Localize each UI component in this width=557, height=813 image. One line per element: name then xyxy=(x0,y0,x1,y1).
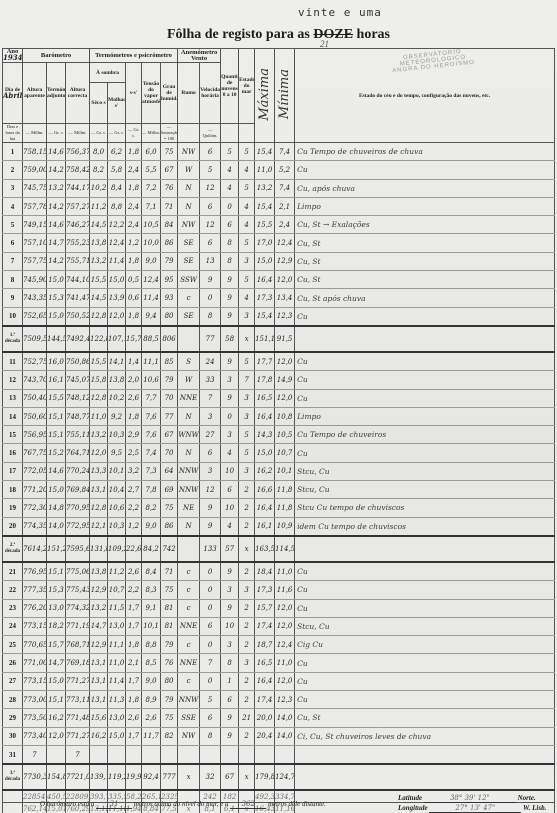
cell-mn: 13,4 xyxy=(275,289,295,307)
cell-t: 15,1 xyxy=(47,691,66,709)
cell-d: 1,7 xyxy=(126,599,142,617)
cell-s: 12,9 xyxy=(90,581,108,599)
cell-mn: 12,9 xyxy=(275,252,295,270)
sky-description xyxy=(295,536,555,562)
cell-cl: 4 xyxy=(221,517,239,536)
cell-mx: 11,0 xyxy=(255,161,275,179)
cell-dir: NNE xyxy=(178,617,200,635)
cell-dir: NW xyxy=(178,216,200,234)
sky-description: Cu xyxy=(295,672,555,690)
cell-h: 777,35 xyxy=(23,581,47,599)
cell-u: 95 xyxy=(161,271,178,289)
cell-dir: NNE xyxy=(178,389,200,407)
cell-d: 2,2 xyxy=(126,499,142,517)
decade-label: 2.ª década xyxy=(3,536,23,562)
cell-cl: 9 xyxy=(221,562,239,581)
cell-sea: 3 xyxy=(239,581,255,599)
cell-mx: 16,4 xyxy=(255,407,275,425)
cell-t: 14,0 xyxy=(47,517,66,536)
cell-u: 79 xyxy=(161,252,178,270)
day-number: 10 xyxy=(3,307,23,326)
cell-c: 771,19 xyxy=(66,617,90,635)
cell-h: 750,60 xyxy=(23,407,47,425)
cell-mx: 16,2 xyxy=(255,462,275,480)
cell-s: 11,0 xyxy=(90,407,108,425)
thermometer-header: Termómetros e psicrómetro xyxy=(90,49,178,63)
cell-h: 7730,35 xyxy=(23,764,47,790)
table-row: 23776,2013,0774,3213,211,51,79,181c09215… xyxy=(3,599,555,617)
sky-description: Cu xyxy=(295,691,555,709)
cell-cl: 8 xyxy=(221,234,239,252)
cell-d: 1,7 xyxy=(126,617,142,635)
sky-description: Cu xyxy=(295,389,555,407)
cell-t xyxy=(47,745,66,764)
cell-dir: SSW xyxy=(178,271,200,289)
cell-s: 139,1 xyxy=(90,764,108,790)
cell-cl: 9 xyxy=(221,709,239,727)
cell-mx: 17,3 xyxy=(255,581,275,599)
cell-w: 8,4 xyxy=(108,179,126,197)
cell-c: 774,32 xyxy=(66,599,90,617)
cell-u: 75 xyxy=(161,709,178,727)
cell-t: 15,0 xyxy=(47,481,66,499)
cell-mx: 15,7 xyxy=(255,599,275,617)
cell-mx: 15,4 xyxy=(255,197,275,215)
sky-description: Cu, St após chuva xyxy=(295,289,555,307)
cell-dir: N xyxy=(178,517,200,536)
day-number: 30 xyxy=(3,727,23,745)
unit-cell: — Saturação = 100 xyxy=(161,124,178,143)
cell-dir: NW xyxy=(178,143,200,161)
cell-c: 7721,08 xyxy=(66,764,90,790)
cell-h: 7614,20 xyxy=(23,536,47,562)
cell-mx: 16,4 xyxy=(255,499,275,517)
cell-sea: 5 xyxy=(239,352,255,371)
cell-sp: 7 xyxy=(200,389,221,407)
cell-s: 10,2 xyxy=(90,179,108,197)
cell-d: 0,5 xyxy=(126,271,142,289)
cell-d: 2,9 xyxy=(126,426,142,444)
cell-mx: 20,4 xyxy=(255,727,275,745)
cell-c: 744,17 xyxy=(66,179,90,197)
sky-description: Cu, após chuva xyxy=(295,179,555,197)
cell-w: 13,9 xyxy=(108,289,126,307)
cell-u: 67 xyxy=(161,161,178,179)
table-row: 3745,7513,2744,1710,28,41,87,276N124513,… xyxy=(3,179,555,197)
day-number: 26 xyxy=(3,654,23,672)
cell-mn: 11,0 xyxy=(275,654,295,672)
cell-t: 15,1 xyxy=(47,426,66,444)
cell-c: 744,10 xyxy=(66,271,90,289)
cell-d: 2,2 xyxy=(126,581,142,599)
cell-sea: x xyxy=(239,326,255,352)
cell-u: 67 xyxy=(161,426,178,444)
cell-v: 11,7 xyxy=(142,727,161,745)
cell-cl: 9 xyxy=(221,307,239,326)
cell-c: 758,42 xyxy=(66,161,90,179)
decade-label: 3.ª década xyxy=(3,764,23,790)
cell-t: 151,2 xyxy=(47,536,66,562)
cell-h: 771,20 xyxy=(23,481,47,499)
cell-dir: N xyxy=(178,407,200,425)
cell-w: 109,2 xyxy=(108,536,126,562)
cell-v: 8,9 xyxy=(142,691,161,709)
cell-cl: 6 xyxy=(221,216,239,234)
barometer-height-value: 31 xyxy=(96,800,132,809)
cell-v: 12,4 xyxy=(142,271,161,289)
cell-mx: 16,5 xyxy=(255,389,275,407)
cell-u: 70 xyxy=(161,389,178,407)
cell-v: 2,6 xyxy=(142,709,161,727)
table-row: 24773,1518,2771,1914,713,01,710,181NNE61… xyxy=(3,617,555,635)
cell-v: 6,0 xyxy=(142,143,161,161)
table-row: 3177 xyxy=(3,745,555,764)
day-number: 20 xyxy=(3,517,23,536)
day-number: 16 xyxy=(3,444,23,462)
day-number: 2 xyxy=(3,161,23,179)
cell-w: 11,0 xyxy=(108,654,126,672)
cell-v: 8,3 xyxy=(142,581,161,599)
cell-s: 15,5 xyxy=(90,271,108,289)
cell-u: 84 xyxy=(161,216,178,234)
cell-dir: W xyxy=(178,371,200,389)
table-row: 22777,3515,3775,4312,910,72,28,375c03317… xyxy=(3,581,555,599)
cell-w: 11,1 xyxy=(108,636,126,654)
cell-sea: 7 xyxy=(239,371,255,389)
sky-description: Cu xyxy=(295,444,555,462)
cell-s: 14,7 xyxy=(90,617,108,635)
cell-u: 742 xyxy=(161,536,178,562)
cell-s: 12,1 xyxy=(90,517,108,536)
cell-v: 5,5 xyxy=(142,161,161,179)
cell-sea: 5 xyxy=(239,179,255,197)
cell-t: 16,1 xyxy=(47,371,66,389)
cell-sp: 0 xyxy=(200,636,221,654)
unit-cell: — Quilóm. xyxy=(200,124,221,143)
cell-mx: 17,0 xyxy=(255,234,275,252)
cell-v: 7,7 xyxy=(142,389,161,407)
cell-s: 13,1 xyxy=(90,654,108,672)
cell-cl: 3 xyxy=(221,426,239,444)
day-number: 1 xyxy=(3,143,23,161)
cell-dir xyxy=(178,745,200,764)
cell-sea: 21 xyxy=(239,709,255,727)
cell-sea: 2 xyxy=(239,691,255,709)
cell-sea: 4 xyxy=(239,289,255,307)
day-number: 19 xyxy=(3,499,23,517)
latitude-value: 38° 39' 12" xyxy=(424,794,516,803)
cell-u: 75 xyxy=(161,143,178,161)
table-row: 11752,7516,0750,8615,514,11,411,185S2495… xyxy=(3,352,555,371)
cell-mx: 15,0 xyxy=(255,444,275,462)
cell-cl: 6 xyxy=(221,691,239,709)
cell-sea: 5 xyxy=(239,444,255,462)
cell-mx: 15,0 xyxy=(255,252,275,270)
table-row: 18771,2015,0769,8413,110,42,77,869NNW126… xyxy=(3,481,555,499)
unit-cell: — Gr. c. xyxy=(90,124,108,143)
cell-cl: 57 xyxy=(221,536,239,562)
cell-s: 122,8 xyxy=(90,326,108,352)
cell-h: 752,65 xyxy=(23,307,47,326)
cell-h: 750,40 xyxy=(23,389,47,407)
cell-t: 15,0 xyxy=(47,271,66,289)
cell-sp: 6 xyxy=(200,234,221,252)
cell-sea: x xyxy=(239,764,255,790)
cell-c: 755,23 xyxy=(66,234,90,252)
cell-c: 7 xyxy=(66,745,90,764)
cell-v: 9,4 xyxy=(142,307,161,326)
cell-mn: 7,4 xyxy=(275,179,295,197)
cell-sp xyxy=(200,745,221,764)
cell-d: 15,7 xyxy=(126,326,142,352)
cell-dir: x xyxy=(178,764,200,790)
cell-dir xyxy=(178,326,200,352)
cell-cl: 9 xyxy=(221,271,239,289)
cell-d: 1,2 xyxy=(126,234,142,252)
cell-sp: 6 xyxy=(200,709,221,727)
cell-sp: 133 xyxy=(200,536,221,562)
cell-dir: c xyxy=(178,636,200,654)
cell-d: 2,7 xyxy=(126,481,142,499)
cell-w: 8,8 xyxy=(108,197,126,215)
cell-u: 64 xyxy=(161,462,178,480)
cell-c: 770,24 xyxy=(66,462,90,480)
cell-sp: 0 xyxy=(200,562,221,581)
cell-w: 10,7 xyxy=(108,581,126,599)
cell-mx: 17,4 xyxy=(255,691,275,709)
cell-w: 10,3 xyxy=(108,517,126,536)
table-row: 20774,3514,0772,9512,110,31,29,086N94216… xyxy=(3,517,555,536)
cell-dir xyxy=(178,536,200,562)
cell-v: 10,6 xyxy=(142,371,161,389)
cell-s: 8,2 xyxy=(90,161,108,179)
day-header: Dia deAbril xyxy=(3,63,23,124)
table-row: 1758,1514,6756,378,06,21,86,075NW65515,4… xyxy=(3,143,555,161)
cell-s: 14,5 xyxy=(90,216,108,234)
cell-sea: 3 xyxy=(239,407,255,425)
cell-c: 773,11 xyxy=(66,691,90,709)
cell-sea: 2 xyxy=(239,636,255,654)
cell-t: 15,7 xyxy=(47,636,66,654)
cell-sea: 5 xyxy=(239,234,255,252)
cell-w: 13,0 xyxy=(108,617,126,635)
cell-sp: 6 xyxy=(200,444,221,462)
cell-w: 10,3 xyxy=(108,426,126,444)
cell-c: 755,71 xyxy=(66,252,90,270)
cell-mn: 10,8 xyxy=(275,407,295,425)
cell-c: 775,06 xyxy=(66,562,90,581)
cell-s: 13,8 xyxy=(90,234,108,252)
table-row: 15756,9515,1755,1113,210,32,97,667WNW273… xyxy=(3,426,555,444)
cell-d: 0,6 xyxy=(126,289,142,307)
day-number: 11 xyxy=(3,352,23,371)
cell-w: 6,2 xyxy=(108,143,126,161)
cell-c: 771,48 xyxy=(66,709,90,727)
cell-sea: 5 xyxy=(239,426,255,444)
cell-d: 2,6 xyxy=(126,389,142,407)
cell-d: 2,4 xyxy=(126,216,142,234)
cell-s: 12,8 xyxy=(90,307,108,326)
cell-dir: c xyxy=(178,581,200,599)
cell-v: 7,6 xyxy=(142,407,161,425)
cell-v: 10,1 xyxy=(142,617,161,635)
cell-v: 7,1 xyxy=(142,197,161,215)
cell-t: 14,8 xyxy=(47,499,66,517)
cell-dir: NNW xyxy=(178,691,200,709)
cell-d: 2,6 xyxy=(126,709,142,727)
cell-s: 15,8 xyxy=(90,371,108,389)
cell-c: 7492,41 xyxy=(66,326,90,352)
cell-w: 13,8 xyxy=(108,371,126,389)
sky-description: Stcu, Cu xyxy=(295,617,555,635)
day-number: 18 xyxy=(3,481,23,499)
cell-mx: 16,6 xyxy=(255,481,275,499)
cell-w: 13,0 xyxy=(108,709,126,727)
day-number: 21 xyxy=(3,562,23,581)
cell-c: 769,18 xyxy=(66,654,90,672)
cell-u: 79 xyxy=(161,371,178,389)
cell-c: 764,71 xyxy=(66,444,90,462)
cell-sea: 2 xyxy=(239,727,255,745)
cell-v: 10,5 xyxy=(142,216,161,234)
cell-sea: 2 xyxy=(239,562,255,581)
distance-value: 362 xyxy=(230,800,266,809)
cell-s: 13,2 xyxy=(90,599,108,617)
cell-w: 15,0 xyxy=(108,271,126,289)
cell-dir: NE xyxy=(178,499,200,517)
cell-d: 2,0 xyxy=(126,371,142,389)
cell-h: 772,30 xyxy=(23,499,47,517)
cell-t: 15,5 xyxy=(47,389,66,407)
cell-cl: 0 xyxy=(221,197,239,215)
baro-corrected-header: Altura correcta xyxy=(66,63,90,124)
cell-u: 77 xyxy=(161,407,178,425)
cell-s: 13,8 xyxy=(90,562,108,581)
cell-mn: 12,0 xyxy=(275,271,295,289)
cell-c: 750,52 xyxy=(66,307,90,326)
cell-d: 2,4 xyxy=(126,161,142,179)
cell-v: 9,1 xyxy=(142,599,161,617)
cell-s: 12,9 xyxy=(90,636,108,654)
cell-d: 1,2 xyxy=(126,517,142,536)
cell-sp: 12 xyxy=(200,481,221,499)
cell-h: 773,00 xyxy=(23,691,47,709)
cell-t: 15,3 xyxy=(47,581,66,599)
cell-t: 14,6 xyxy=(47,216,66,234)
cell-t: 18,2 xyxy=(47,617,66,635)
cell-dir: SE xyxy=(178,252,200,270)
cell-t: 14,2 xyxy=(47,252,66,270)
cell-w: 12,4 xyxy=(108,234,126,252)
cell-sea: 2 xyxy=(239,672,255,690)
day-number: 6 xyxy=(3,234,23,252)
cell-sea: 4 xyxy=(239,161,255,179)
cell-sp: 0 xyxy=(200,599,221,617)
cell-cl: 4 xyxy=(221,179,239,197)
cell-h: 749,15 xyxy=(23,216,47,234)
cell-c: 768,71 xyxy=(66,636,90,654)
cell-u: 85 xyxy=(161,352,178,371)
sky-description: Cu xyxy=(295,581,555,599)
cell-sp: 3 xyxy=(200,407,221,425)
barometer-note: O barómetro está a 31 metros acima do ní… xyxy=(40,800,326,809)
cell-mx: 163,5 xyxy=(255,536,275,562)
cell-mn: 2,4 xyxy=(275,216,295,234)
cell-t: 14,6 xyxy=(47,462,66,480)
sky-description: Cig Cu xyxy=(295,636,555,654)
cell-t: 15,0 xyxy=(47,307,66,326)
handwritten-hour: vinte e uma xyxy=(298,6,382,19)
cell-sp: 33 xyxy=(200,371,221,389)
day-number: 9 xyxy=(3,289,23,307)
sky-description: Cu, St xyxy=(295,709,555,727)
day-number: 5 xyxy=(3,216,23,234)
cell-mn: 10,5 xyxy=(275,426,295,444)
cell-t: 154,8 xyxy=(47,764,66,790)
cell-h: 759,00 xyxy=(23,161,47,179)
cell-v: 11,4 xyxy=(142,289,161,307)
table-row: 2759,0014,2758,428,25,82,45,567W54411,05… xyxy=(3,161,555,179)
cell-h: 767,75 xyxy=(23,444,47,462)
cell-v: 8,2 xyxy=(142,499,161,517)
day-number: 23 xyxy=(3,599,23,617)
cell-h: 774,35 xyxy=(23,517,47,536)
cell-d: 19,9 xyxy=(126,764,142,790)
cell-t: 15,2 xyxy=(47,444,66,462)
sky-description: Ci, Cu, St chuveiros leves de chuva xyxy=(295,727,555,745)
wind-speed-header: Velocidade horária xyxy=(200,63,221,124)
max-header: Máxima xyxy=(255,49,275,143)
footer: O barómetro está a 31 metros acima do ní… xyxy=(0,790,557,813)
cell-mx: 16,1 xyxy=(255,517,275,536)
cell-dir: S xyxy=(178,352,200,371)
wet-header: Molhado s' xyxy=(108,83,126,124)
cell-mn: 2,1 xyxy=(275,197,295,215)
sky-description: Cu Tempo de chuveiros de chuva xyxy=(295,143,555,161)
cell-mn: 12,4 xyxy=(275,636,295,654)
day-number: 25 xyxy=(3,636,23,654)
cell-u xyxy=(161,745,178,764)
day-number: 14 xyxy=(3,407,23,425)
cell-t: 15,1 xyxy=(47,407,66,425)
sky-description: Cu, St xyxy=(295,271,555,289)
day-number: 3 xyxy=(3,179,23,197)
cell-w: 15,0 xyxy=(108,727,126,745)
cell-d: 1,8 xyxy=(126,691,142,709)
cell-sp: 9 xyxy=(200,271,221,289)
cell-mn: 124,7 xyxy=(275,764,295,790)
baro-height-header: Altura aparente xyxy=(23,63,47,124)
cell-s: 131,8 xyxy=(90,536,108,562)
cell-d: 1,7 xyxy=(126,672,142,690)
cell-sp: 12 xyxy=(200,216,221,234)
cell-h: 745,75 xyxy=(23,179,47,197)
cell-mn: 14,0 xyxy=(275,727,295,745)
cell-c: 772,95 xyxy=(66,517,90,536)
sky-description: Cu xyxy=(295,161,555,179)
cell-u: 79 xyxy=(161,691,178,709)
cell-h: 757,75 xyxy=(23,252,47,270)
cell-v: 8,4 xyxy=(142,562,161,581)
cell-d: 2,1 xyxy=(126,654,142,672)
cell-s: 12,8 xyxy=(90,499,108,517)
cell-sp: 6 xyxy=(200,617,221,635)
day-number: 13 xyxy=(3,389,23,407)
cell-s: 13,3 xyxy=(90,462,108,480)
table-row: 10752,6515,0750,5212,812,01,89,480SE8931… xyxy=(3,307,555,326)
cell-c: 769,84 xyxy=(66,481,90,499)
wind-dir-header: Rumo xyxy=(178,63,200,124)
